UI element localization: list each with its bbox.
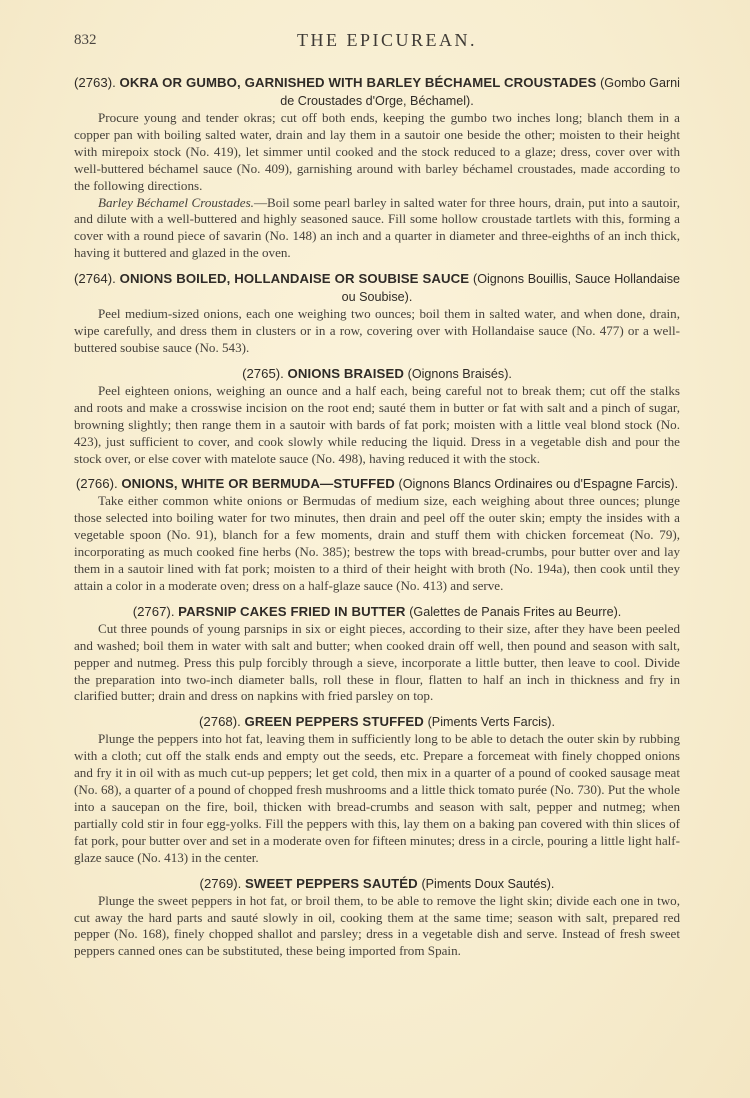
recipe-number: (2766).	[76, 476, 118, 491]
recipe-name: GREEN PEPPERS STUFFED	[245, 714, 424, 729]
recipe-french-name: (Oignons Braisés).	[408, 367, 512, 381]
recipe-heading: (2765). ONIONS BRAISED (Oignons Braisés)…	[74, 365, 680, 383]
recipe-name: ONIONS, WHITE OR BERMUDA—STUFFED	[121, 476, 395, 491]
running-title: THE EPICUREAN.	[74, 30, 700, 51]
recipe-paragraph: Peel eighteen onions, weighing an ounce …	[74, 383, 680, 468]
recipe-paragraph: Take either common white onions or Bermu…	[74, 493, 680, 594]
recipe-paragraph: Procure young and tender okras; cut off …	[74, 110, 680, 195]
recipe-name: ONIONS BOILED, HOLLANDAISE OR SOUBISE SA…	[120, 271, 470, 286]
recipe-number: (2764).	[74, 271, 116, 286]
recipe-name: OKRA OR GUMBO, GARNISHED WITH BARLEY BÉC…	[120, 75, 597, 90]
recipe-paragraph: Peel medium-sized onions, each one weigh…	[74, 306, 680, 357]
recipe-name: SWEET PEPPERS SAUTÉD	[245, 876, 418, 891]
recipe-number: (2767).	[133, 604, 175, 619]
recipe-heading: (2764). ONIONS BOILED, HOLLANDAISE OR SO…	[74, 270, 680, 306]
recipe-2769: (2769). SWEET PEPPERS SAUTÉD (Piments Do…	[74, 875, 680, 961]
recipe-2768: (2768). GREEN PEPPERS STUFFED (Piments V…	[74, 713, 680, 866]
page-content: (2763). OKRA OR GUMBO, GARNISHED WITH BA…	[74, 74, 680, 968]
recipe-name: PARSNIP CAKES FRIED IN BUTTER	[178, 604, 405, 619]
recipe-heading: (2763). OKRA OR GUMBO, GARNISHED WITH BA…	[74, 74, 680, 110]
recipe-paragraph: Plunge the sweet peppers in hot fat, or …	[74, 893, 680, 961]
recipe-name: ONIONS BRAISED	[288, 366, 404, 381]
recipe-heading: (2766). ONIONS, WHITE OR BERMUDA—STUFFED…	[74, 475, 680, 493]
recipe-paragraph: Barley Béchamel Croustades.—Boil some pe…	[74, 195, 680, 263]
recipe-french-name: (Piments Doux Sautés).	[421, 877, 554, 891]
recipe-2764: (2764). ONIONS BOILED, HOLLANDAISE OR SO…	[74, 270, 680, 357]
recipe-2766: (2766). ONIONS, WHITE OR BERMUDA—STUFFED…	[74, 475, 680, 594]
recipe-french-name: (Piments Verts Farcis).	[428, 715, 555, 729]
running-header: 832 THE EPICUREAN.	[74, 30, 700, 54]
book-page: 832 THE EPICUREAN. (2763). OKRA OR GUMBO…	[0, 0, 750, 1098]
recipe-heading: (2769). SWEET PEPPERS SAUTÉD (Piments Do…	[74, 875, 680, 893]
recipe-2765: (2765). ONIONS BRAISED (Oignons Braisés)…	[74, 365, 680, 468]
recipe-paragraph: Plunge the peppers into hot fat, leaving…	[74, 731, 680, 866]
recipe-number: (2768).	[199, 714, 241, 729]
recipe-heading: (2768). GREEN PEPPERS STUFFED (Piments V…	[74, 713, 680, 731]
recipe-paragraph: Cut three pounds of young parsnips in si…	[74, 621, 680, 706]
recipe-number: (2769).	[200, 876, 242, 891]
recipe-number: (2763).	[74, 75, 116, 90]
recipe-french-name: (Oignons Blancs Ordinaires ou d'Espagne …	[399, 477, 679, 491]
recipe-number: (2765).	[242, 366, 284, 381]
subrecipe-title: Barley Béchamel Croustades.	[98, 195, 254, 210]
recipe-heading: (2767). PARSNIP CAKES FRIED IN BUTTER (G…	[74, 603, 680, 621]
recipe-2767: (2767). PARSNIP CAKES FRIED IN BUTTER (G…	[74, 603, 680, 706]
recipe-2763: (2763). OKRA OR GUMBO, GARNISHED WITH BA…	[74, 74, 680, 262]
recipe-french-name: (Galettes de Panais Frites au Beurre).	[409, 605, 621, 619]
